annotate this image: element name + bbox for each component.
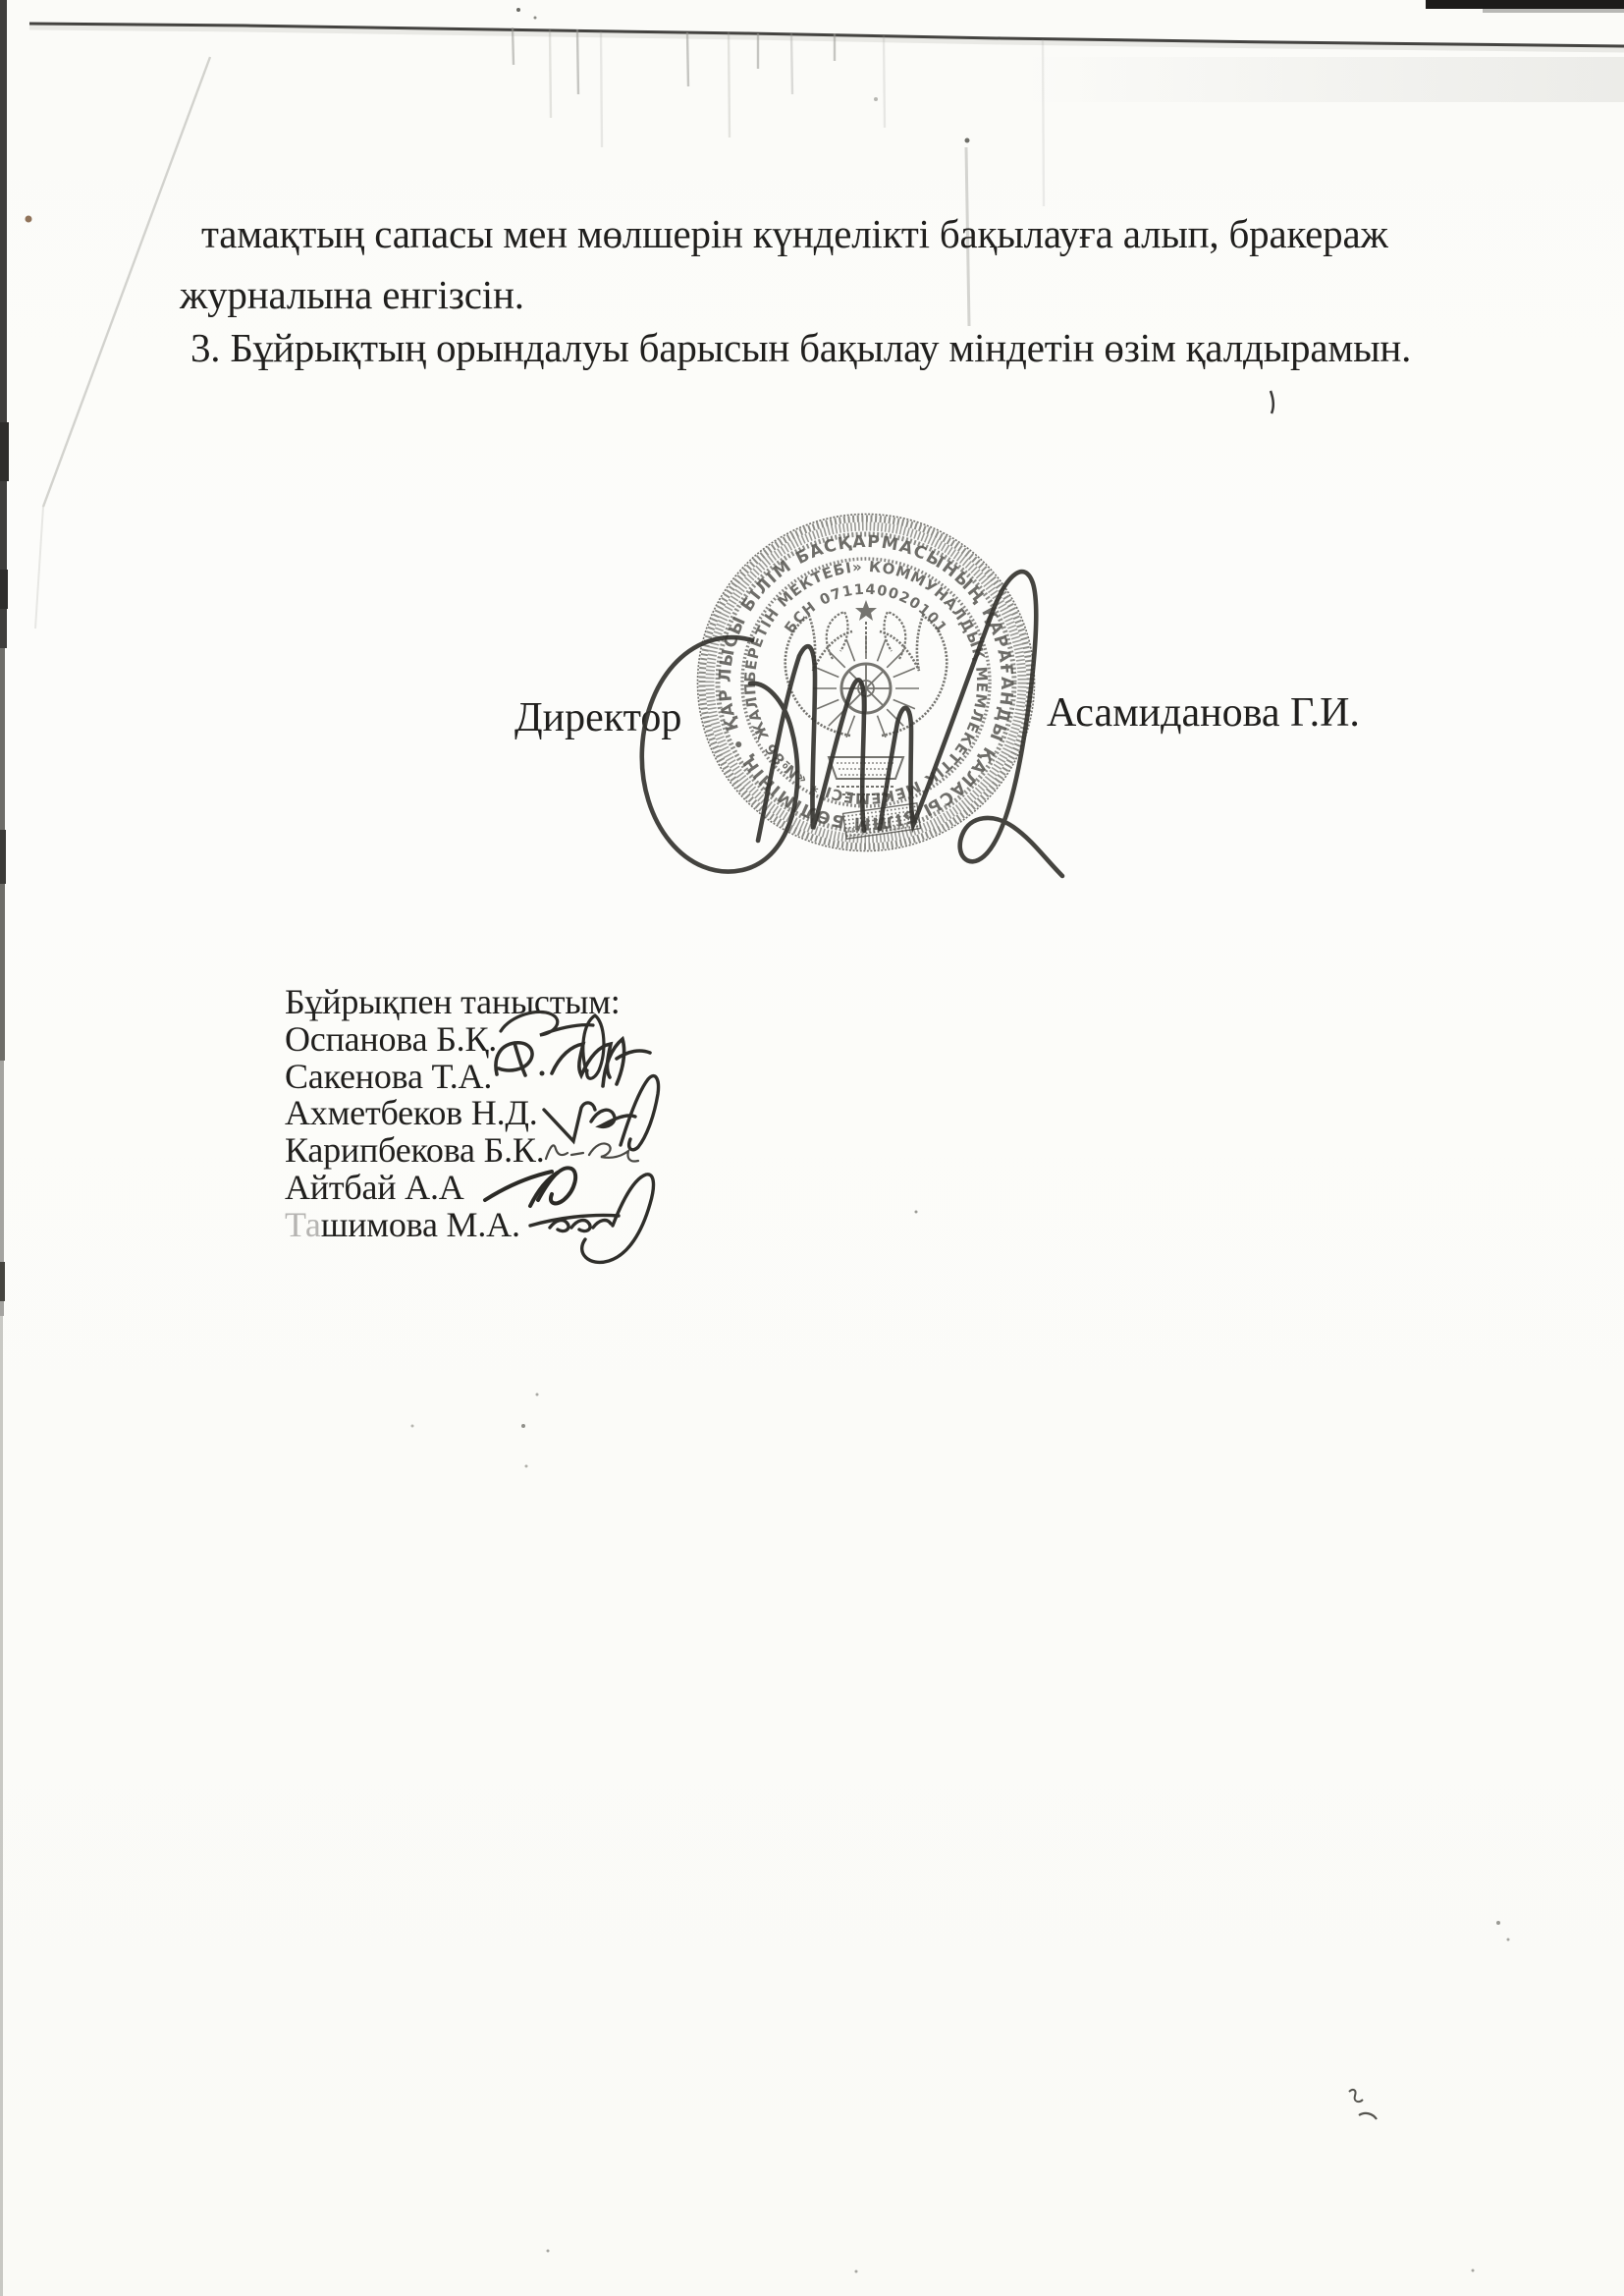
kazakhstan-emblem bbox=[785, 600, 947, 794]
ink-drips bbox=[513, 27, 1044, 206]
acknowledgement-list: Бұйрықпен таныстым: Оспанова Б.Қ. Сакено… bbox=[285, 984, 621, 1244]
banner-shape bbox=[829, 757, 903, 779]
star-icon bbox=[855, 600, 877, 621]
top-scan-line bbox=[29, 24, 1624, 102]
top-right-bar bbox=[1426, 0, 1624, 13]
order-item-3: 3. Бұйрықтың орындалуы барысын бақылау м… bbox=[190, 324, 1411, 371]
list-item: Айтбай А.А bbox=[285, 1170, 621, 1207]
director-name: Асамиданова Г.И. bbox=[1047, 689, 1360, 737]
list-item: Ахметбеков Н.Д. bbox=[285, 1095, 621, 1132]
name-part: шимова М.А. bbox=[321, 1205, 520, 1244]
acknowledgement-heading: Бұйрықпен таныстым: bbox=[285, 984, 621, 1021]
scanned-document-page: тамақтың сапасы мен мөлшерін күнделікті … bbox=[0, 0, 1624, 2296]
body-text-line-2: журналына енгізсін. bbox=[180, 271, 524, 318]
list-item: Ташимова М.А. bbox=[285, 1207, 621, 1244]
list-item: Карипбекова Б.К. bbox=[285, 1132, 621, 1170]
stamp-outer-text: ЛЫСЫ БІЛІМ БАСҚАРМАСЫНЫҢ ҚАРАҒАНДЫ ҚАЛАС… bbox=[640, 457, 1016, 833]
body-text-line-1: тамақтың сапасы мен мөлшерін күнделікті … bbox=[201, 210, 1388, 257]
stamp-hatched-block bbox=[843, 803, 921, 839]
list-item: Оспанова Б.Қ. bbox=[285, 1021, 621, 1059]
faded-name-part: Та bbox=[285, 1205, 321, 1244]
left-edge-strip bbox=[0, 0, 9, 2296]
list-item: Сакенова Т.А. bbox=[285, 1059, 621, 1096]
crease-line bbox=[35, 57, 210, 629]
official-round-stamp: ЛЫСЫ БІЛІМ БАСҚАРМАСЫНЫҢ ҚАРАҒАНДЫ ҚАЛАС… bbox=[640, 457, 1092, 908]
